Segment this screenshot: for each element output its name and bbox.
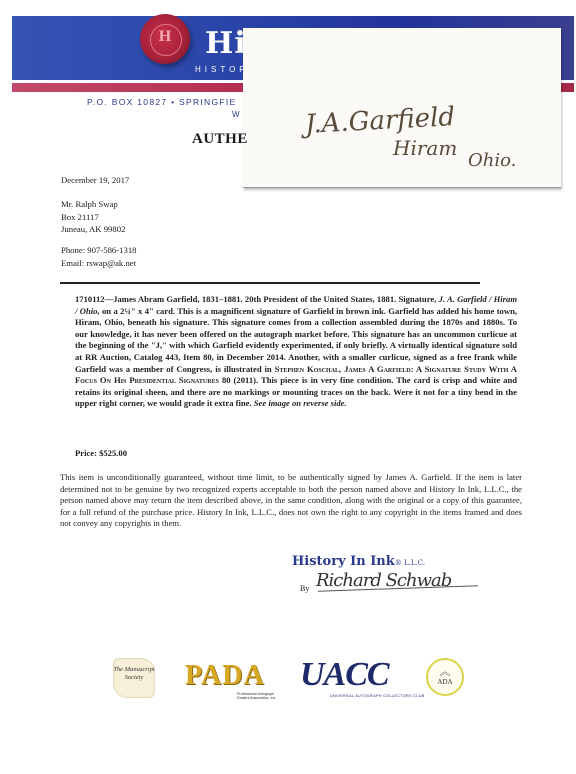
pada-logo: PADA xyxy=(185,660,265,692)
manuscript-society-logo: The Manuscript Society xyxy=(113,658,155,698)
document-title: AUTHE xyxy=(192,131,248,148)
ada-logo: ︽ ADA xyxy=(426,658,464,696)
uacc-logo-caption: UNIVERSAL AUTOGRAPH COLLECTORS CLUB xyxy=(330,694,425,699)
ada-logo-label: ADA xyxy=(437,678,452,686)
contact-block: Phone: 907-586-1318 Email: rswap@ak.net xyxy=(61,244,137,269)
letter-date: December 19, 2017 xyxy=(61,174,129,187)
description-see-reverse: See image on reverse side. xyxy=(254,398,347,408)
guarantee-text: This item is unconditionally guaranteed,… xyxy=(60,472,522,530)
description-lead: 1710112—James Abram Garfield, 1831–1881.… xyxy=(75,294,439,304)
card-signature-town: Hiram xyxy=(393,136,457,160)
company-signature-logo: History In Ink® L.L.C. xyxy=(292,554,425,569)
section-divider xyxy=(60,282,480,284)
uacc-logo: UACC xyxy=(300,656,389,694)
pada-logo-caption: Professional Autograph Dealers Associati… xyxy=(237,692,277,700)
recipient-address-1: Box 21117 xyxy=(61,211,125,224)
recipient-name: Mr. Ralph Swap xyxy=(61,198,125,211)
item-price: Price: $525.00 xyxy=(75,448,127,458)
wax-seal-icon: H xyxy=(140,14,190,64)
card-signature-state: Ohio. xyxy=(468,150,516,171)
seal-monogram: H xyxy=(140,28,190,46)
recipient-address-2: Juneau, AK 99802 xyxy=(61,223,125,236)
letterhead-address: P.O. BOX 10827 • SPRINGFIE xyxy=(87,97,237,107)
recipient-block: Mr. Ralph Swap Box 21117 Juneau, AK 9980… xyxy=(61,198,125,236)
signed-card-image: J.A.Garfield Hiram Ohio. xyxy=(243,28,561,188)
recipient-phone: Phone: 907-586-1318 xyxy=(61,244,137,257)
company-suffix: ® L.L.C. xyxy=(395,559,425,567)
by-label: By xyxy=(300,584,309,593)
company-name: History In Ink xyxy=(292,554,395,569)
card-signature-name: J.A.Garfield xyxy=(304,102,455,140)
recipient-email: Email: rswap@ak.net xyxy=(61,257,137,270)
eagle-icon: ︽ xyxy=(428,667,462,678)
letterhead-address-line2: W xyxy=(232,110,240,119)
item-description: 1710112—James Abram Garfield, 1831–1881.… xyxy=(75,294,517,410)
